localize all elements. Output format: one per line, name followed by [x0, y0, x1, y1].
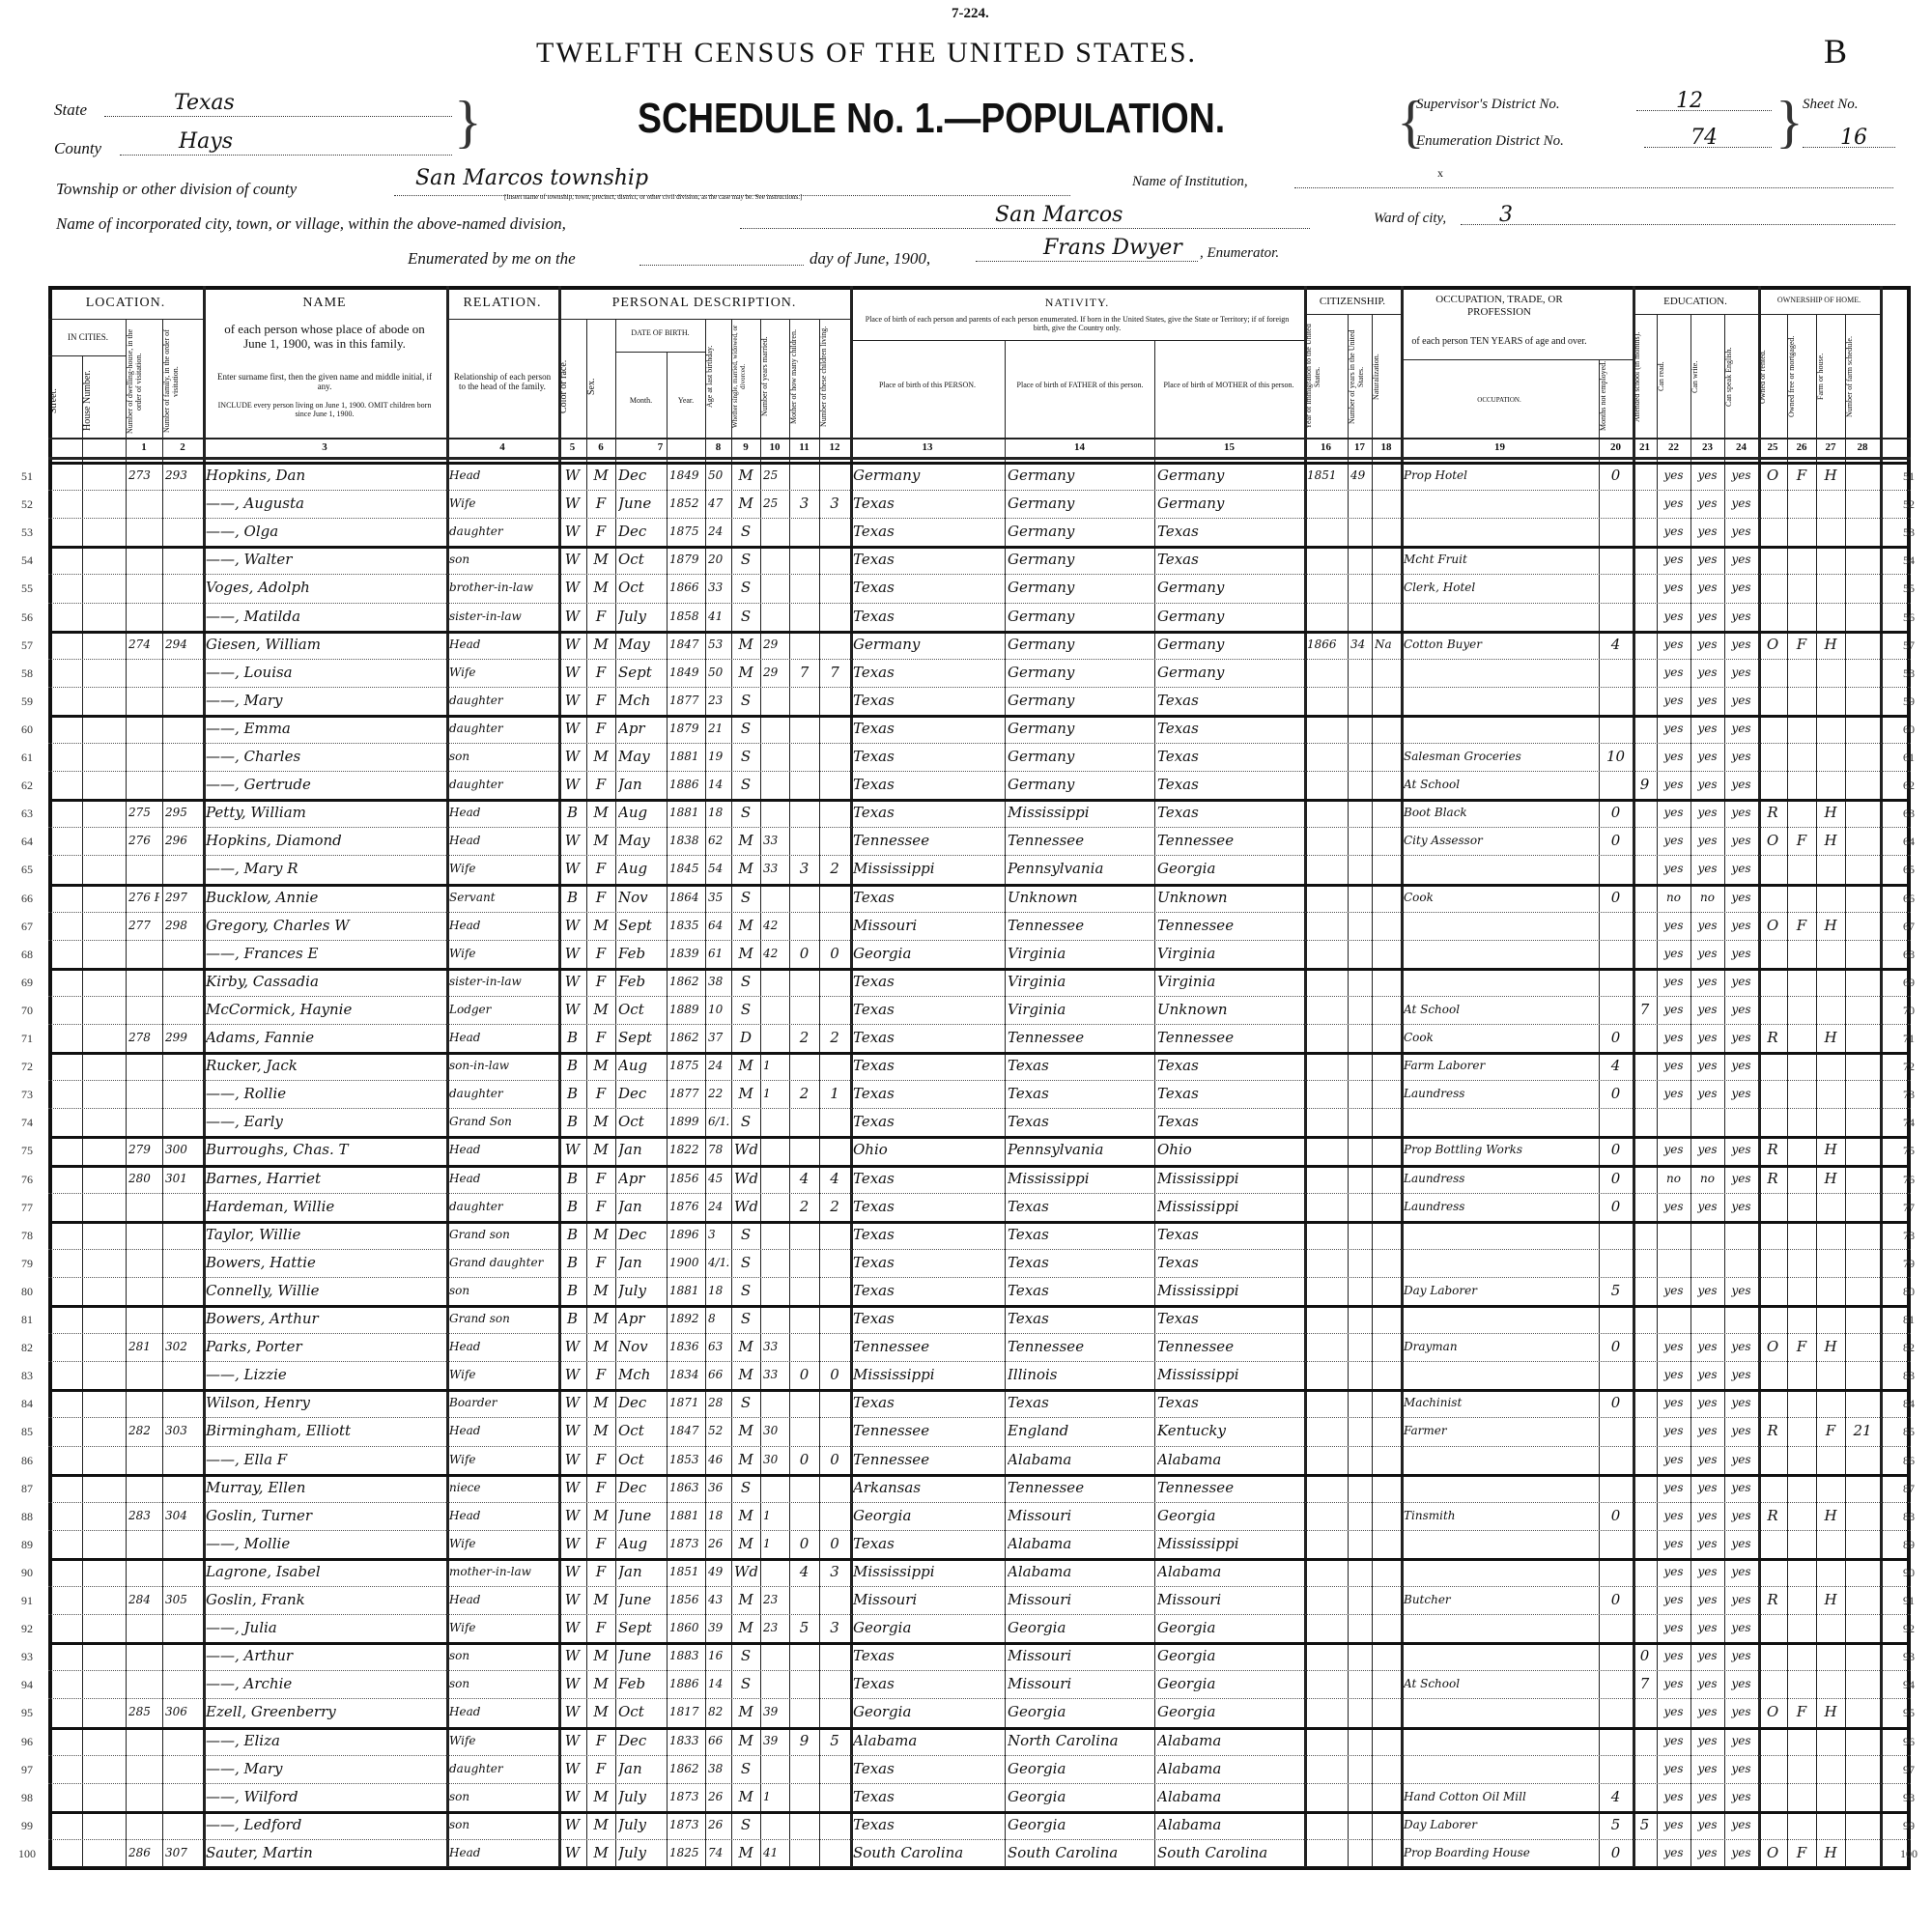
cell-english[interactable]: yes	[1727, 1390, 1755, 1416]
cell-sched[interactable]	[1848, 547, 1877, 573]
cell-english[interactable]	[1727, 1306, 1755, 1332]
cell-read[interactable]: yes	[1660, 547, 1688, 573]
cell-english[interactable]: yes	[1727, 463, 1755, 489]
cell-name[interactable]: ——, Early	[206, 1109, 443, 1135]
cell-marital[interactable]: S	[734, 1250, 757, 1276]
cell-sched[interactable]	[1848, 1166, 1877, 1192]
cell-name[interactable]: ——, Mollie	[206, 1531, 443, 1557]
cell-immig[interactable]	[1307, 1699, 1345, 1725]
cell-unemployed[interactable]: 0	[1602, 1503, 1630, 1529]
cell-unemployed[interactable]	[1602, 688, 1630, 714]
cell-marital[interactable]: S	[734, 519, 757, 545]
cell-sched[interactable]	[1848, 969, 1877, 995]
cell-years-us[interactable]	[1350, 856, 1369, 882]
cell-color[interactable]: W	[561, 491, 583, 517]
cell-immig[interactable]	[1307, 1250, 1345, 1276]
cell-owned[interactable]	[1761, 1559, 1784, 1585]
cell-marital[interactable]: M	[734, 1418, 757, 1444]
cell-bp-mother[interactable]: Texas	[1157, 716, 1301, 742]
cell-bp-mother[interactable]: Texas	[1157, 519, 1301, 545]
cell-immig[interactable]	[1307, 856, 1345, 882]
cell-natur[interactable]	[1375, 604, 1398, 630]
cell-age[interactable]: 24	[708, 1194, 728, 1220]
cell-years-us[interactable]	[1350, 491, 1369, 517]
cell-read[interactable]: yes	[1660, 1390, 1688, 1416]
cell-unemployed[interactable]	[1602, 491, 1630, 517]
cell-bp-father[interactable]: Mississippi	[1008, 1166, 1151, 1192]
cell-color[interactable]: W	[561, 1615, 583, 1641]
cell-relation[interactable]: son	[449, 1812, 555, 1838]
cell-color[interactable]: W	[561, 575, 583, 601]
cell-marital[interactable]: M	[734, 491, 757, 517]
cell-marital[interactable]: S	[734, 604, 757, 630]
cell-occupation[interactable]	[1404, 1559, 1596, 1585]
cell-relation[interactable]: son	[449, 744, 555, 770]
cell-month[interactable]: Jan	[618, 1559, 664, 1585]
cell-farm[interactable]	[1819, 1390, 1842, 1416]
cell-occupation[interactable]: Tinsmith	[1404, 1503, 1596, 1529]
cell-month[interactable]: May	[618, 744, 664, 770]
cell-age[interactable]: 22	[708, 1081, 728, 1107]
cell-school[interactable]	[1635, 1447, 1654, 1473]
cell-read[interactable]: yes	[1660, 1362, 1688, 1388]
cell-farm[interactable]	[1819, 547, 1842, 573]
cell-family[interactable]	[165, 716, 200, 742]
cell-month[interactable]: Apr	[618, 716, 664, 742]
cell-years-us[interactable]	[1350, 1278, 1369, 1304]
cell-english[interactable]: yes	[1727, 856, 1755, 882]
cell-owned[interactable]	[1761, 519, 1784, 545]
cell-owned[interactable]	[1761, 1109, 1784, 1135]
cell-bp-mother[interactable]: Georgia	[1157, 1643, 1301, 1669]
cell-color[interactable]: W	[561, 1756, 583, 1782]
cell-relation[interactable]: Grand son	[449, 1222, 555, 1248]
cell-family[interactable]	[165, 1306, 200, 1332]
cell-write[interactable]: yes	[1693, 1531, 1721, 1557]
cell-write[interactable]: yes	[1693, 688, 1721, 714]
cell-write[interactable]: yes	[1693, 1699, 1721, 1725]
cell-sched[interactable]	[1848, 1250, 1877, 1276]
cell-age[interactable]: 18	[708, 800, 728, 826]
cell-years-married[interactable]: 1	[763, 1053, 786, 1079]
cell-years-married[interactable]: 1	[763, 1503, 786, 1529]
cell-living[interactable]	[822, 688, 847, 714]
cell-relation[interactable]: son	[449, 1784, 555, 1810]
cell-name[interactable]: Adams, Fannie	[206, 1025, 443, 1051]
cell-english[interactable]: yes	[1727, 1194, 1755, 1220]
cell-farm[interactable]: H	[1819, 463, 1842, 489]
cell-sched[interactable]	[1848, 1390, 1877, 1416]
cell-free[interactable]	[1790, 716, 1813, 742]
cell-english[interactable]: yes	[1727, 1671, 1755, 1697]
cell-sched[interactable]	[1848, 1081, 1877, 1107]
cell-mother-of[interactable]: 4	[792, 1559, 816, 1585]
cell-years-married[interactable]	[763, 1643, 786, 1669]
cell-age[interactable]: 61	[708, 941, 728, 967]
cell-living[interactable]	[822, 1053, 847, 1079]
cell-relation[interactable]: sister-in-law	[449, 969, 555, 995]
cell-english[interactable]: yes	[1727, 1699, 1755, 1725]
cell-sex[interactable]: M	[589, 547, 612, 573]
cell-sex[interactable]: F	[589, 1447, 612, 1473]
cell-age[interactable]: 33	[708, 575, 728, 601]
cell-sched[interactable]	[1848, 1137, 1877, 1163]
cell-years-married[interactable]	[763, 1137, 786, 1163]
cell-occupation[interactable]	[1404, 519, 1596, 545]
cell-sched[interactable]	[1848, 1699, 1877, 1725]
cell-bp-mother[interactable]: Tennessee	[1157, 913, 1301, 939]
cell-school[interactable]	[1635, 575, 1654, 601]
cell-marital[interactable]: M	[734, 1728, 757, 1754]
cell-owned[interactable]	[1761, 1306, 1784, 1332]
cell-family[interactable]: 299	[165, 1025, 200, 1051]
cell-owned[interactable]: R	[1761, 1503, 1784, 1529]
cell-owned[interactable]	[1761, 1222, 1784, 1248]
cell-marital[interactable]: M	[734, 941, 757, 967]
cell-occupation[interactable]: Farm Laborer	[1404, 1053, 1596, 1079]
cell-free[interactable]	[1790, 1784, 1813, 1810]
cell-english[interactable]: yes	[1727, 828, 1755, 854]
cell-free[interactable]	[1790, 997, 1813, 1023]
cell-age[interactable]: 74	[708, 1840, 728, 1866]
county-value[interactable]: Hays	[179, 129, 233, 154]
cell-farm[interactable]	[1819, 1728, 1842, 1754]
cell-bp-mother[interactable]: Georgia	[1157, 1699, 1301, 1725]
cell-farm[interactable]	[1819, 885, 1842, 911]
cell-month[interactable]: Mch	[618, 1362, 664, 1388]
cell-color[interactable]: W	[561, 716, 583, 742]
cell-english[interactable]: yes	[1727, 1081, 1755, 1107]
cell-english[interactable]: yes	[1727, 491, 1755, 517]
cell-sched[interactable]	[1848, 1306, 1877, 1332]
cell-sex[interactable]: M	[589, 463, 612, 489]
cell-bp-father[interactable]: Pennsylvania	[1008, 1137, 1151, 1163]
cell-sched[interactable]	[1848, 997, 1877, 1023]
cell-write[interactable]: yes	[1693, 1390, 1721, 1416]
cell-sched[interactable]	[1848, 519, 1877, 545]
cell-sex[interactable]: F	[589, 1250, 612, 1276]
cell-write[interactable]: yes	[1693, 997, 1721, 1023]
cell-living[interactable]: 3	[822, 491, 847, 517]
cell-marital[interactable]: S	[734, 1109, 757, 1135]
cell-mother-of[interactable]	[792, 828, 816, 854]
cell-month[interactable]: Sept	[618, 1615, 664, 1641]
cell-bp-mother[interactable]: Germany	[1157, 575, 1301, 601]
cell-farm[interactable]: F	[1819, 1418, 1842, 1444]
cell-relation[interactable]: Wife	[449, 1615, 555, 1641]
cell-bp-mother[interactable]: Tennessee	[1157, 1025, 1301, 1051]
cell-farm[interactable]: H	[1819, 632, 1842, 658]
cell-month[interactable]: Apr	[618, 1166, 664, 1192]
cell-occupation[interactable]	[1404, 1109, 1596, 1135]
cell-age[interactable]: 62	[708, 828, 728, 854]
cell-mother-of[interactable]	[792, 1390, 816, 1416]
cell-immig[interactable]	[1307, 1671, 1345, 1697]
cell-dwelling[interactable]	[128, 1784, 159, 1810]
cell-name[interactable]: ——, Lizzie	[206, 1362, 443, 1388]
cell-year[interactable]: 1877	[669, 1081, 702, 1107]
cell-bp-father[interactable]: Tennessee	[1008, 913, 1151, 939]
cell-school[interactable]	[1635, 885, 1654, 911]
cell-dwelling[interactable]	[128, 1081, 159, 1107]
cell-sched[interactable]	[1848, 575, 1877, 601]
cell-read[interactable]: yes	[1660, 688, 1688, 714]
cell-sched[interactable]	[1848, 1756, 1877, 1782]
cell-color[interactable]: B	[561, 1166, 583, 1192]
cell-name[interactable]: ——, Rollie	[206, 1081, 443, 1107]
cell-bp-mother[interactable]: Texas	[1157, 1250, 1301, 1276]
cell-english[interactable]: yes	[1727, 1503, 1755, 1529]
cell-bp-person[interactable]: Texas	[853, 772, 1002, 798]
cell-sched[interactable]	[1848, 800, 1877, 826]
cell-years-married[interactable]: 42	[763, 913, 786, 939]
cell-sex[interactable]: M	[589, 1503, 612, 1529]
cell-bp-father[interactable]: Texas	[1008, 1278, 1151, 1304]
cell-year[interactable]: 1886	[669, 772, 702, 798]
cell-farm[interactable]: H	[1819, 828, 1842, 854]
cell-school[interactable]	[1635, 856, 1654, 882]
cell-relation[interactable]: son	[449, 1671, 555, 1697]
cell-occupation[interactable]	[1404, 1362, 1596, 1388]
cell-bp-mother[interactable]: Alabama	[1157, 1728, 1301, 1754]
cell-farm[interactable]	[1819, 856, 1842, 882]
cell-owned[interactable]	[1761, 969, 1784, 995]
cell-dwelling[interactable]: 279	[128, 1137, 159, 1163]
cell-sex[interactable]: M	[589, 1222, 612, 1248]
cell-year[interactable]: 1899	[669, 1109, 702, 1135]
cell-years-married[interactable]	[763, 1194, 786, 1220]
cell-write[interactable]	[1693, 1306, 1721, 1332]
cell-dwelling[interactable]	[128, 772, 159, 798]
cell-name[interactable]: ——, Mary R	[206, 856, 443, 882]
cell-unemployed[interactable]	[1602, 1475, 1630, 1501]
cell-free[interactable]	[1790, 1531, 1813, 1557]
cell-owned[interactable]: R	[1761, 1587, 1784, 1613]
cell-sex[interactable]: M	[589, 1109, 612, 1135]
cell-name[interactable]: Taylor, Willie	[206, 1222, 443, 1248]
cell-school[interactable]	[1635, 547, 1654, 573]
cell-year[interactable]: 1835	[669, 913, 702, 939]
cell-english[interactable]: yes	[1727, 800, 1755, 826]
cell-name[interactable]: McCormick, Haynie	[206, 997, 443, 1023]
cell-english[interactable]: yes	[1727, 1166, 1755, 1192]
cell-immig[interactable]	[1307, 1784, 1345, 1810]
cell-color[interactable]: B	[561, 1053, 583, 1079]
cell-english[interactable]	[1727, 1222, 1755, 1248]
cell-living[interactable]	[822, 1756, 847, 1782]
cell-bp-person[interactable]: Texas	[853, 1194, 1002, 1220]
cell-age[interactable]: 10	[708, 997, 728, 1023]
cell-dwelling[interactable]	[128, 1306, 159, 1332]
cell-immig[interactable]	[1307, 1812, 1345, 1838]
township-value[interactable]: San Marcos township	[415, 166, 648, 190]
cell-sex[interactable]: M	[589, 1699, 612, 1725]
cell-english[interactable]: yes	[1727, 547, 1755, 573]
cell-month[interactable]: Dec	[618, 1222, 664, 1248]
cell-sched[interactable]	[1848, 491, 1877, 517]
cell-years-married[interactable]	[763, 547, 786, 573]
cell-unemployed[interactable]	[1602, 772, 1630, 798]
cell-occupation[interactable]	[1404, 1531, 1596, 1557]
city-value[interactable]: San Marcos	[995, 203, 1122, 227]
cell-read[interactable]: yes	[1660, 828, 1688, 854]
cell-write[interactable]: yes	[1693, 1756, 1721, 1782]
cell-immig[interactable]	[1307, 1418, 1345, 1444]
cell-color[interactable]: W	[561, 1559, 583, 1585]
cell-years-married[interactable]: 30	[763, 1447, 786, 1473]
cell-color[interactable]: W	[561, 1334, 583, 1360]
cell-mother-of[interactable]: 5	[792, 1615, 816, 1641]
cell-years-us[interactable]	[1350, 1362, 1369, 1388]
cell-school[interactable]	[1635, 1531, 1654, 1557]
cell-natur[interactable]	[1375, 1531, 1398, 1557]
cell-dwelling[interactable]	[128, 491, 159, 517]
cell-marital[interactable]: M	[734, 1053, 757, 1079]
cell-month[interactable]: Oct	[618, 547, 664, 573]
cell-marital[interactable]: S	[734, 997, 757, 1023]
cell-owned[interactable]	[1761, 1053, 1784, 1079]
cell-years-married[interactable]: 33	[763, 828, 786, 854]
cell-month[interactable]: Dec	[618, 1081, 664, 1107]
cell-english[interactable]: yes	[1727, 1728, 1755, 1754]
cell-mother-of[interactable]	[792, 463, 816, 489]
cell-unemployed[interactable]: 4	[1602, 1784, 1630, 1810]
cell-age[interactable]: 14	[708, 772, 728, 798]
cell-bp-father[interactable]: Missouri	[1008, 1643, 1151, 1669]
cell-marital[interactable]: M	[734, 463, 757, 489]
cell-year[interactable]: 1849	[669, 660, 702, 686]
cell-occupation[interactable]	[1404, 1447, 1596, 1473]
cell-years-us[interactable]	[1350, 1081, 1369, 1107]
cell-school[interactable]	[1635, 1418, 1654, 1444]
cell-relation[interactable]: Boarder	[449, 1390, 555, 1416]
cell-family[interactable]: 301	[165, 1166, 200, 1192]
cell-bp-father[interactable]: Texas	[1008, 1306, 1151, 1332]
cell-natur[interactable]	[1375, 1812, 1398, 1838]
cell-age[interactable]: 66	[708, 1728, 728, 1754]
cell-marital[interactable]: S	[734, 1756, 757, 1782]
cell-read[interactable]: yes	[1660, 463, 1688, 489]
cell-free[interactable]	[1790, 1166, 1813, 1192]
cell-school[interactable]	[1635, 1699, 1654, 1725]
cell-years-us[interactable]	[1350, 1699, 1369, 1725]
cell-occupation[interactable]: Farmer	[1404, 1418, 1596, 1444]
cell-farm[interactable]: H	[1819, 1166, 1842, 1192]
cell-write[interactable]: yes	[1693, 1503, 1721, 1529]
cell-farm[interactable]	[1819, 969, 1842, 995]
cell-read[interactable]: yes	[1660, 1194, 1688, 1220]
cell-unemployed[interactable]: 0	[1602, 1081, 1630, 1107]
cell-sched[interactable]	[1848, 632, 1877, 658]
cell-year[interactable]: 1833	[669, 1728, 702, 1754]
cell-living[interactable]	[822, 1306, 847, 1332]
cell-bp-mother[interactable]: Texas	[1157, 1390, 1301, 1416]
cell-years-us[interactable]	[1350, 1671, 1369, 1697]
cell-english[interactable]: yes	[1727, 1840, 1755, 1866]
cell-farm[interactable]	[1819, 997, 1842, 1023]
cell-age[interactable]: 52	[708, 1418, 728, 1444]
cell-unemployed[interactable]: 0	[1602, 1166, 1630, 1192]
cell-english[interactable]: yes	[1727, 1812, 1755, 1838]
cell-years-married[interactable]	[763, 969, 786, 995]
cell-marital[interactable]: Wd	[734, 1194, 757, 1220]
cell-english[interactable]	[1727, 1250, 1755, 1276]
cell-years-us[interactable]	[1350, 688, 1369, 714]
cell-bp-father[interactable]: Missouri	[1008, 1503, 1151, 1529]
cell-bp-father[interactable]: South Carolina	[1008, 1840, 1151, 1866]
cell-free[interactable]	[1790, 744, 1813, 770]
cell-immig[interactable]	[1307, 800, 1345, 826]
cell-school[interactable]	[1635, 463, 1654, 489]
cell-owned[interactable]	[1761, 1278, 1784, 1304]
cell-color[interactable]: W	[561, 688, 583, 714]
cell-bp-father[interactable]: Pennsylvania	[1008, 856, 1151, 882]
cell-english[interactable]: yes	[1727, 1559, 1755, 1585]
cell-bp-person[interactable]: Missouri	[853, 913, 1002, 939]
cell-bp-father[interactable]: Unknown	[1008, 885, 1151, 911]
cell-bp-father[interactable]: Virginia	[1008, 969, 1151, 995]
cell-bp-person[interactable]: Texas	[853, 800, 1002, 826]
cell-school[interactable]	[1635, 828, 1654, 854]
cell-month[interactable]: Apr	[618, 1306, 664, 1332]
cell-living[interactable]: 4	[822, 1166, 847, 1192]
cell-mother-of[interactable]: 0	[792, 1362, 816, 1388]
cell-year[interactable]: 1862	[669, 969, 702, 995]
cell-immig[interactable]	[1307, 1475, 1345, 1501]
cell-family[interactable]	[165, 604, 200, 630]
cell-owned[interactable]	[1761, 1362, 1784, 1388]
cell-sched[interactable]	[1848, 1840, 1877, 1866]
cell-school[interactable]	[1635, 604, 1654, 630]
cell-bp-mother[interactable]: Missouri	[1157, 1587, 1301, 1613]
cell-year[interactable]: 1849	[669, 463, 702, 489]
cell-color[interactable]: B	[561, 1250, 583, 1276]
cell-unemployed[interactable]	[1602, 1250, 1630, 1276]
cell-bp-person[interactable]: Texas	[853, 1643, 1002, 1669]
cell-age[interactable]: 43	[708, 1587, 728, 1613]
cell-dwelling[interactable]	[128, 1362, 159, 1388]
cell-name[interactable]: Hardeman, Willie	[206, 1194, 443, 1220]
cell-sex[interactable]: M	[589, 913, 612, 939]
cell-mother-of[interactable]	[792, 1587, 816, 1613]
cell-bp-father[interactable]: Texas	[1008, 1053, 1151, 1079]
cell-family[interactable]	[165, 1615, 200, 1641]
cell-years-us[interactable]: 34	[1350, 632, 1369, 658]
cell-mother-of[interactable]: 2	[792, 1025, 816, 1051]
cell-farm[interactable]	[1819, 1194, 1842, 1220]
cell-month[interactable]: Dec	[618, 1728, 664, 1754]
cell-color[interactable]: B	[561, 1025, 583, 1051]
cell-mother-of[interactable]	[792, 1699, 816, 1725]
cell-color[interactable]: B	[561, 885, 583, 911]
cell-year[interactable]: 1876	[669, 1194, 702, 1220]
cell-immig[interactable]	[1307, 1531, 1345, 1557]
cell-month[interactable]: July	[618, 1812, 664, 1838]
cell-school[interactable]	[1635, 1222, 1654, 1248]
cell-immig[interactable]	[1307, 1166, 1345, 1192]
cell-years-married[interactable]	[763, 1025, 786, 1051]
cell-bp-father[interactable]: Germany	[1008, 772, 1151, 798]
cell-occupation[interactable]	[1404, 1475, 1596, 1501]
cell-family[interactable]: 294	[165, 632, 200, 658]
cell-write[interactable]: yes	[1693, 828, 1721, 854]
cell-school[interactable]	[1635, 1756, 1654, 1782]
cell-color[interactable]: W	[561, 1840, 583, 1866]
cell-age[interactable]: 23	[708, 688, 728, 714]
cell-marital[interactable]: S	[734, 575, 757, 601]
cell-free[interactable]	[1790, 604, 1813, 630]
cell-bp-mother[interactable]: Texas	[1157, 1222, 1301, 1248]
